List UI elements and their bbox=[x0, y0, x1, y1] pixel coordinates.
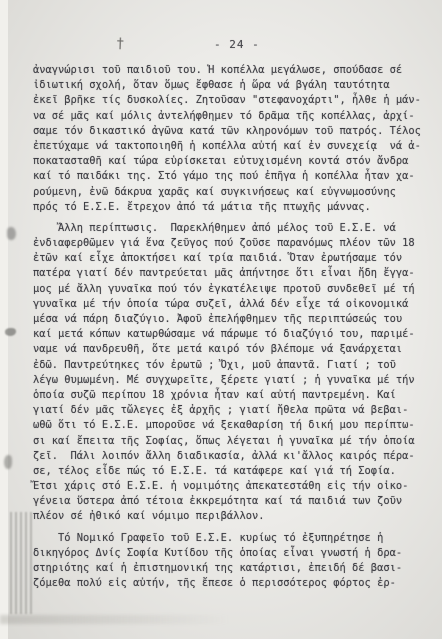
text-line: πλέον σέ ἠθικό καί νόμιμο περιβάλλον. bbox=[33, 509, 419, 524]
text-line: Τό Νομικό Γραφεῖο τοῦ Ε.Σ.Ε. κυρίως τό ἐ… bbox=[33, 531, 419, 546]
text-line: ἐπετύχαμε νά τακτοποιηθῆ ἡ κοπέλλα αὐτή … bbox=[33, 139, 419, 154]
text-line: πατέρα γιατί δέν παντρεύεται μᾶς ἀπήντησ… bbox=[33, 266, 419, 281]
text-line: Ἄλλη περίπτωσις. Παρεκλήθημεν ἀπό μέλος … bbox=[33, 221, 419, 236]
text-line: ωθῶ ὅτι τό Ε.Σ.Ε. μποροῦσε νά ξεκαθαρίση… bbox=[33, 418, 419, 433]
text-line: μος μέ ἄλλη γυναῖκα πού τόν ἐγκατέλειψε … bbox=[33, 282, 419, 297]
text-line: ναμε νά πανδρευθῆ, ὅτε μετά καιρό τόν βλ… bbox=[33, 342, 419, 357]
text-line: ρούμενη, ἐνῶ δάκρυα χαρᾶς καί συγκινήσεω… bbox=[33, 185, 419, 200]
text-line: μέσα νά πάρη διαζύγιο. Ἀφοῦ ἐπελήφθημεν … bbox=[33, 312, 419, 327]
text-line: ἐτῶν καί εἶχε ἀποκτήσει καί τρία παιδιά.… bbox=[33, 251, 419, 266]
text-line: πρός τό Ε.Σ.Ε. ἔτρεχον ἀπό τά μάτια τῆς … bbox=[33, 200, 419, 215]
page-number: - 24 - bbox=[214, 38, 260, 51]
scan-edge-strip bbox=[0, 0, 8, 639]
text-line: ἐνδιαφερθῶμεν γιά ἕνα ζεῦγος πού ζοῦσε π… bbox=[33, 236, 419, 251]
paragraph: ἀναγνώρισι τοῦ παιδιοῦ του. Ἡ κοπέλλα με… bbox=[33, 63, 419, 215]
text-line: Ἔτσι χάρις στό Ε.Σ.Ε. ἡ νομιμότης ἀπεκατ… bbox=[33, 479, 419, 494]
text-line: να σέ μᾶς καί μόλις ἀντελήφθημεν τό δρᾶμ… bbox=[33, 109, 419, 124]
scanned-document-page: † - 24 - ἀναγνώρισι τοῦ παιδιοῦ του. Ἡ κ… bbox=[0, 0, 442, 639]
text-line: ποκατασταθῆ καί τώρα εὑρίσκεται εὐτυχισμ… bbox=[33, 154, 419, 169]
binding-streaks-artifact bbox=[10, 512, 32, 614]
paragraph: Τό Νομικό Γραφεῖο τοῦ Ε.Σ.Ε. κυρίως τό ἐ… bbox=[33, 531, 419, 592]
text-line: σαμε τόν δικαστικό ἀγῶνα κατά τῶν κληρον… bbox=[33, 124, 419, 139]
handwritten-margin-mark: † bbox=[116, 36, 125, 52]
text-line: καί τό παιδάκι της. Στό γάμο της πού ἐπῆ… bbox=[33, 169, 419, 184]
text-line: ἰδιωτική σχολή, ὅταν ὅμως ἔφθασε ἡ ὥρα ν… bbox=[33, 78, 419, 93]
scan-smear-artifact bbox=[0, 615, 230, 624]
text-line: δικηγόρος Δνίς Σοφία Κυτίδου τῆς ὁποίας … bbox=[33, 546, 419, 561]
text-line: σι καί ἔπειτα τῆς Σοφίας, ὅπως λέγεται ἡ… bbox=[33, 434, 419, 449]
text-line: γυναῖκα μέ τήν ὁποία τώρα συζεῖ, ἀλλά δέ… bbox=[33, 297, 419, 312]
text-line: ἀναγνώρισι τοῦ παιδιοῦ του. Ἡ κοπέλλα με… bbox=[33, 63, 419, 78]
scan-smudge bbox=[7, 227, 16, 240]
text-line: ὁποία συζῶ περίπου 18 χρόνια ἦταν καί αὐ… bbox=[33, 388, 419, 403]
text-line: σε, τέλος εἶδε πώς τό Ε.Σ.Ε. τά κατάφερε… bbox=[33, 464, 419, 479]
text-line: καί μετά κόπων κατωρθώσαμε νά πάρωμε τό … bbox=[33, 327, 419, 342]
text-line: γιατί δέν μᾶς τὤλεγες ἐξ ἀρχῆς ; γιατί ἤ… bbox=[33, 403, 419, 418]
text-line: ἐδῶ. Παντρεύτηκες τόν ἐρωτῶ ; Ὄχι, μοῦ ἀ… bbox=[33, 358, 419, 373]
text-line: ζόμεθα πολύ εἰς αὐτήν, τῆς ἔπεσε ὁ περισ… bbox=[33, 576, 419, 591]
text-line: ἐκεῖ βρῆκε τίς δυσκολίες. Ζητοῦσαν "στεφ… bbox=[33, 93, 419, 108]
document-body: ἀναγνώρισι τοῦ παιδιοῦ του. Ἡ κοπέλλα με… bbox=[33, 63, 419, 591]
paragraph: Ἄλλη περίπτωσις. Παρεκλήθημεν ἀπό μέλος … bbox=[33, 221, 419, 525]
text-line: στηριότης καί ἡ ἐπιστημονική της κατάρτι… bbox=[33, 561, 419, 576]
text-line: λέγω θυμωμένη. Μέ συγχωρεῖτε, ξέρετε για… bbox=[33, 373, 419, 388]
text-line: ζεῖ. Πάλι λοιπόν ἄλλη διαδικασία, ἀλλά κ… bbox=[33, 449, 419, 464]
text-line: γένεια ὕστερα ἀπό τέτοια ἐκκρεμότητα καί… bbox=[33, 494, 419, 509]
